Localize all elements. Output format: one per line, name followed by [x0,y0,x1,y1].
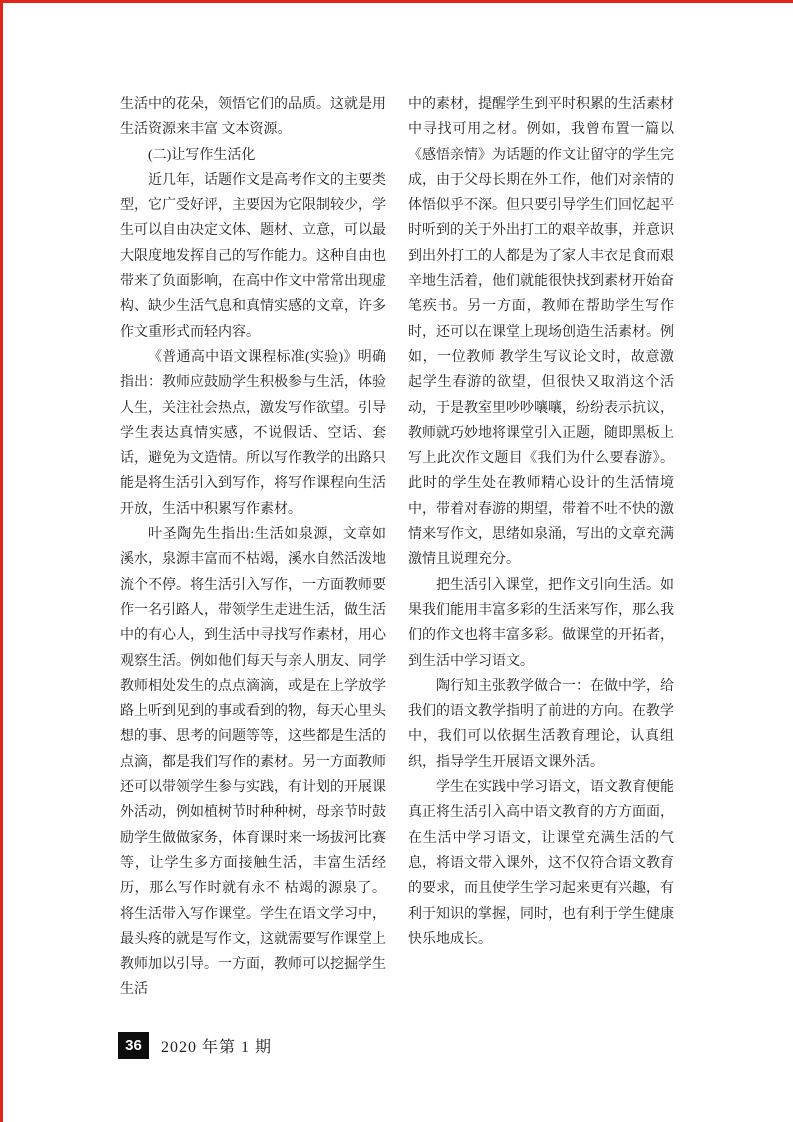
red-accent-line-left [0,0,3,1122]
page-footer: 36 2020 年第 1 期 [118,1031,272,1059]
text-column-right: 中的素材，提醒学生到平时积累的生活素材中寻找可用之材。例如，我曾布置一篇以《感悟… [408,92,674,952]
paragraph: 《普通高中语文课程标准(实验)》明确指出：教师应鼓励学生积极参与生活，体验人生，… [120,345,386,522]
red-accent-line-top [0,0,793,3]
text-column-left: 生活中的花朵，领悟它们的品质。这就是用生活资源来丰富 文本资源。 (二)让写作生… [120,92,386,1003]
paragraph: 近几年，话题作文是高考作文的主要类型，它广受好评，主要因为它限制较少，学生可以自… [120,168,386,345]
paragraph: 叶圣陶先生指出:生活如泉源，文章如溪水，泉源丰富而不枯竭，溪水自然活泼地流个不停… [120,522,386,1003]
paragraph: 把生活引入课堂，把作文引向生活。如果我们能用丰富多彩的生活来写作，那么我们的作文… [408,573,674,674]
section-heading: (二)让写作生活化 [120,143,386,168]
paragraph-continuation: 中的素材，提醒学生到平时积累的生活素材中寻找可用之材。例如，我曾布置一篇以《感悟… [408,92,674,573]
paragraph: 学生在实践中学习语文，语文教育便能真正将生活引入高中语文教育的方方面面，在生活中… [408,775,674,952]
issue-label: 2020 年第 1 期 [161,1034,272,1057]
paragraph-continuation: 生活中的花朵，领悟它们的品质。这就是用生活资源来丰富 文本资源。 [120,92,386,143]
page-number-badge: 36 [118,1032,149,1059]
paragraph: 陶行知主张教学做合一：在做中学，给我们的语文教学指明了前进的方向。在教学中，我们… [408,674,674,775]
journal-page: 生活中的花朵，领悟它们的品质。这就是用生活资源来丰富 文本资源。 (二)让写作生… [0,0,793,1122]
